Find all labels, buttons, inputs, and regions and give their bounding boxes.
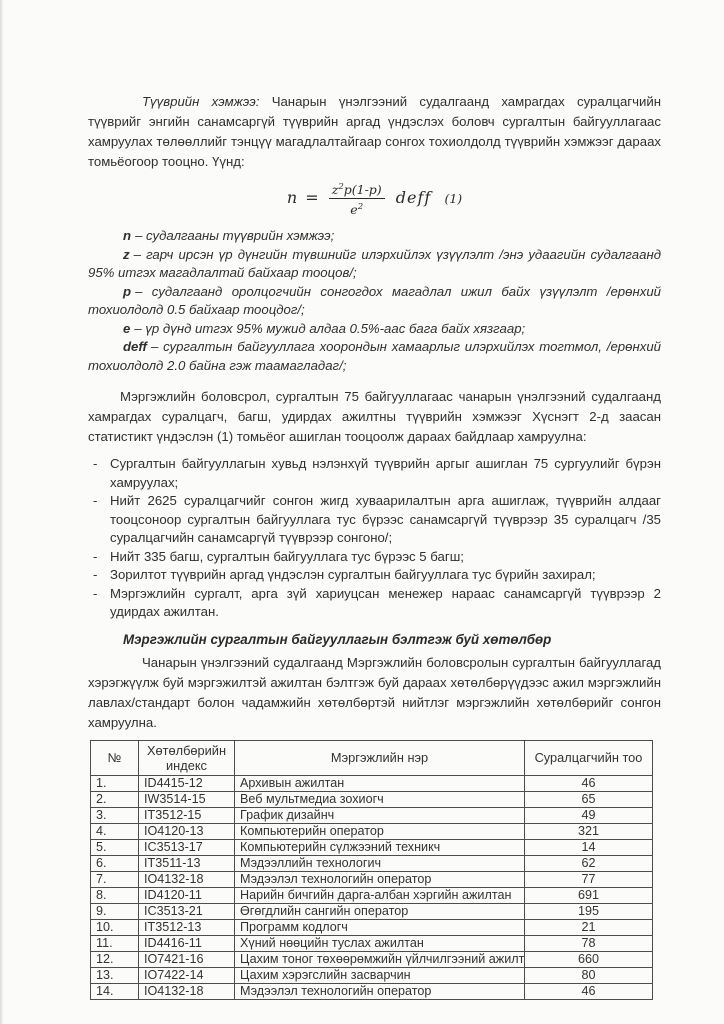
table-row: 4.IO4120-13Компьютерийн оператор321 xyxy=(91,823,653,839)
definition-term: n xyxy=(123,228,131,243)
cell-index: IO7422-14 xyxy=(139,967,235,983)
dash-marker: - xyxy=(88,492,110,548)
cell-index: IO4132-18 xyxy=(139,871,235,887)
list-item-text: Зорилтот түүврийн аргад үндэслэн сургалт… xyxy=(110,566,661,585)
dash-marker: - xyxy=(88,566,110,585)
cell-count: 62 xyxy=(525,855,653,871)
cell-count: 77 xyxy=(525,871,653,887)
table-row: 2.IW3514-15Веб мультмедиа зохиогч65 xyxy=(91,791,653,807)
list-item: -Нийт 335 багш, сургалтын байгууллага ту… xyxy=(88,548,661,567)
cell-name: Цахим хэрэгслийн засварчин xyxy=(235,967,525,983)
paragraph-sampling-plan: Мэргэжлийн боловсрол, сургалтын 75 байгу… xyxy=(88,387,661,447)
section-heading-programs: Мэргэжлийн сургалтын байгууллагын бэлтгэ… xyxy=(123,632,661,647)
cell-count: 14 xyxy=(525,839,653,855)
table-row: 9.IC3513-21Өгөгдлийн сангийн оператор195 xyxy=(91,903,653,919)
definition-term: deff xyxy=(123,339,147,354)
definition-p: p– судалгаанд оролцогчийн сонгогдох мага… xyxy=(88,283,661,320)
column-header-index: Хөтөлбөрийн индекс xyxy=(139,740,235,775)
table-row: 1.ID4415-12Архивын ажилтан46 xyxy=(91,775,653,791)
numerator-rest: p(1-p) xyxy=(344,182,382,197)
sampling-dash-list: -Сургалтын байгууллагын хувьд нэлэнхүй т… xyxy=(88,455,661,622)
cell-index: IC3513-21 xyxy=(139,903,235,919)
list-item-text: Нийт 2625 суралцагчийг сонгон жигд хуваа… xyxy=(110,492,661,548)
formula-numerator: z2p(1-p) xyxy=(329,180,385,199)
dash-marker: - xyxy=(88,585,110,622)
cell-index: IC3513-17 xyxy=(139,839,235,855)
cell-count: 195 xyxy=(525,903,653,919)
cell-index: IT3511-13 xyxy=(139,855,235,871)
cell-no: 9. xyxy=(91,903,139,919)
cell-index: ID4415-12 xyxy=(139,775,235,791)
definition-text: – үр дүнд итгэх 95% мужид алдаа 0.5%-аас… xyxy=(134,321,525,336)
list-item: -Нийт 2625 суралцагчийг сонгон жигд хува… xyxy=(88,492,661,548)
column-header-count: Суралцагчийн тоо xyxy=(525,740,653,775)
variable-definitions: n– судалгааны түүврийн хэмжээ; z– гарч и… xyxy=(88,227,661,375)
cell-count: 660 xyxy=(525,951,653,967)
cell-no: 7. xyxy=(91,871,139,887)
formula-deff-factor: deff xyxy=(396,188,432,207)
table-row: 10.IT3512-13Программ кодлогч21 xyxy=(91,919,653,935)
table-row: 14.IO4132-18Мэдээлэл технологийн операто… xyxy=(91,983,653,999)
denominator-variable: e xyxy=(350,202,357,217)
list-item-text: Мэргэжлийн сургалт, арга зүй хариуцсан м… xyxy=(110,585,661,622)
formula-equals: = xyxy=(305,188,318,207)
list-item: -Сургалтын байгууллагын хувьд нэлэнхүй т… xyxy=(88,455,661,492)
cell-no: 11. xyxy=(91,935,139,951)
cell-no: 1. xyxy=(91,775,139,791)
cell-name: Мэдээлэл технологийн оператор xyxy=(235,983,525,999)
definition-text: – судалгаанд оролцогчийн сонгогдох магад… xyxy=(88,284,661,318)
definition-deff: deff– сургалтын байгууллага хоорондын ха… xyxy=(88,338,661,375)
cell-no: 14. xyxy=(91,983,139,999)
cell-count: 80 xyxy=(525,967,653,983)
cell-name: Архивын ажилтан xyxy=(235,775,525,791)
cell-count: 21 xyxy=(525,919,653,935)
cell-no: 6. xyxy=(91,855,139,871)
table-header-row: № Хөтөлбөрийн индекс Мэргэжлийн нэр Сура… xyxy=(91,740,653,775)
formula-number-label: (1) xyxy=(444,191,462,206)
cell-count: 65 xyxy=(525,791,653,807)
cell-count: 49 xyxy=(525,807,653,823)
cell-no: 5. xyxy=(91,839,139,855)
table-row: 12.IO7421-16Цахим тоног төхөөрөмжийн үйл… xyxy=(91,951,653,967)
cell-no: 10. xyxy=(91,919,139,935)
definition-e: e– үр дүнд итгэх 95% мужид алдаа 0.5%-аа… xyxy=(88,320,661,339)
table-row: 3.IT3512-15График дизайнч49 xyxy=(91,807,653,823)
cell-name: Өгөгдлийн сангийн оператор xyxy=(235,903,525,919)
list-item: -Зорилтот түүврийн аргад үндэслэн сургал… xyxy=(88,566,661,585)
definition-term: e xyxy=(123,321,130,336)
cell-count: 691 xyxy=(525,887,653,903)
list-item-text: Сургалтын байгууллагын хувьд нэлэнхүй тү… xyxy=(110,455,661,492)
scanned-document-page: Түүврийн хэмжээ: Чанарын үнэлгээний суда… xyxy=(0,0,724,1024)
cell-name: Мэдээллийн технологич xyxy=(235,855,525,871)
column-header-no: № xyxy=(91,740,139,775)
list-item: -Мэргэжлийн сургалт, арга зүй хариуцсан … xyxy=(88,585,661,622)
cell-name: Компьютерийн оператор xyxy=(235,823,525,839)
cell-name: Мэдээлэл технологийн оператор xyxy=(235,871,525,887)
cell-no: 12. xyxy=(91,951,139,967)
cell-name: Веб мультмедиа зохиогч xyxy=(235,791,525,807)
table-row: 8.ID4120-11Нарийн бичгийн дарга-албан хэ… xyxy=(91,887,653,903)
cell-name: Программ кодлогч xyxy=(235,919,525,935)
cell-name: Компьютерийн сүлжээний техникч xyxy=(235,839,525,855)
programs-table: № Хөтөлбөрийн индекс Мэргэжлийн нэр Сура… xyxy=(90,740,653,1000)
cell-no: 2. xyxy=(91,791,139,807)
definition-text: – гарч ирсэн үр дүнгийн түвшнийг илэрхий… xyxy=(88,247,661,281)
formula-lhs: n xyxy=(287,188,297,207)
dash-marker: - xyxy=(88,548,110,567)
column-header-name: Мэргэжлийн нэр xyxy=(235,740,525,775)
cell-no: 4. xyxy=(91,823,139,839)
cell-no: 13. xyxy=(91,967,139,983)
definition-z: z– гарч ирсэн үр дүнгийн түвшнийг илэрхи… xyxy=(88,246,661,283)
cell-index: ID4416-11 xyxy=(139,935,235,951)
definition-text: – сургалтын байгууллага хоорондын хамаар… xyxy=(88,339,661,373)
table-row: 7.IO4132-18Мэдээлэл технологийн оператор… xyxy=(91,871,653,887)
scan-edge-artifact xyxy=(0,0,3,1024)
cell-index: IO4132-18 xyxy=(139,983,235,999)
cell-count: 46 xyxy=(525,775,653,791)
table-row: 6.IT3511-13Мэдээллийн технологич62 xyxy=(91,855,653,871)
table-row: 5.IC3513-17Компьютерийн сүлжээний техник… xyxy=(91,839,653,855)
definition-term: p xyxy=(123,284,131,299)
paragraph-sample-size: Түүврийн хэмжээ: Чанарын үнэлгээний суда… xyxy=(88,92,661,172)
table-row: 11.ID4416-11Хүний нөөцийн туслах ажилтан… xyxy=(91,935,653,951)
cell-no: 3. xyxy=(91,807,139,823)
document-content: Түүврийн хэмжээ: Чанарын үнэлгээний суда… xyxy=(88,92,661,1000)
cell-name: Хүний нөөцийн туслах ажилтан xyxy=(235,935,525,951)
dash-marker: - xyxy=(88,455,110,492)
cell-name: Нарийн бичгийн дарга-албан хэргийн ажилт… xyxy=(235,887,525,903)
cell-name: Цахим тоног төхөөрөмжийн үйлчилгээний аж… xyxy=(235,951,525,967)
cell-count: 321 xyxy=(525,823,653,839)
cell-index: IO4120-13 xyxy=(139,823,235,839)
cell-no: 8. xyxy=(91,887,139,903)
cell-index: IO7421-16 xyxy=(139,951,235,967)
definition-text: – судалгааны түүврийн хэмжээ; xyxy=(135,228,334,243)
cell-index: IW3514-15 xyxy=(139,791,235,807)
cell-name: График дизайнч xyxy=(235,807,525,823)
cell-index: IT3512-15 xyxy=(139,807,235,823)
paragraph-program-selection: Чанарын үнэлгээний судалгаанд Мэргэжлийн… xyxy=(88,653,661,733)
denominator-exponent: 2 xyxy=(358,202,363,212)
formula-sample-size: n = z2p(1-p) e2 deff (1) xyxy=(88,180,661,217)
formula-fraction: z2p(1-p) e2 xyxy=(329,180,385,217)
paragraph-lead-term: Түүврийн хэмжээ: xyxy=(142,94,259,109)
cell-count: 78 xyxy=(525,935,653,951)
cell-index: IT3512-13 xyxy=(139,919,235,935)
list-item-text: Нийт 335 багш, сургалтын байгууллага тус… xyxy=(110,548,661,567)
cell-count: 46 xyxy=(525,983,653,999)
cell-index: ID4120-11 xyxy=(139,887,235,903)
formula-denominator: e2 xyxy=(329,199,385,217)
definition-term: z xyxy=(123,247,130,262)
definition-n: n– судалгааны түүврийн хэмжээ; xyxy=(88,227,661,246)
table-row: 13.IO7422-14Цахим хэрэгслийн засварчин80 xyxy=(91,967,653,983)
